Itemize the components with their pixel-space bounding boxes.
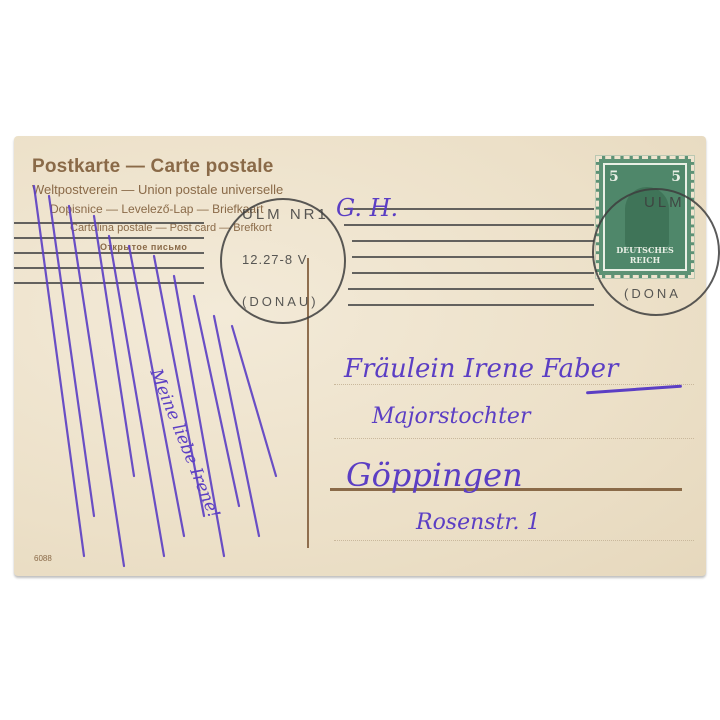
- postmark-right-top: ULM: [644, 194, 685, 211]
- recipient-name: Fräulein Irene Faber: [344, 354, 618, 384]
- address-line-2: [334, 438, 694, 439]
- handwritten-message: [14, 176, 314, 576]
- stamp-value-left: 5: [609, 169, 619, 185]
- recipient-city: Göppingen: [346, 456, 523, 494]
- address-line-1: [334, 384, 694, 385]
- recipient-street: Rosenstr. 1: [416, 510, 541, 535]
- stamp-value-right: 5: [671, 169, 681, 185]
- address-line-4: [334, 540, 694, 541]
- postcard-title: Postkarte — Carte postale: [32, 156, 274, 178]
- recipient-title: Majorstochter: [372, 404, 530, 429]
- name-underline: [586, 385, 682, 395]
- postcard: Postkarte — Carte postale Weltpostverein…: [14, 136, 706, 576]
- initials: G. H.: [336, 194, 398, 222]
- serial-number: 6088: [34, 554, 52, 563]
- postmark-right-bottom: (DONA: [624, 286, 681, 301]
